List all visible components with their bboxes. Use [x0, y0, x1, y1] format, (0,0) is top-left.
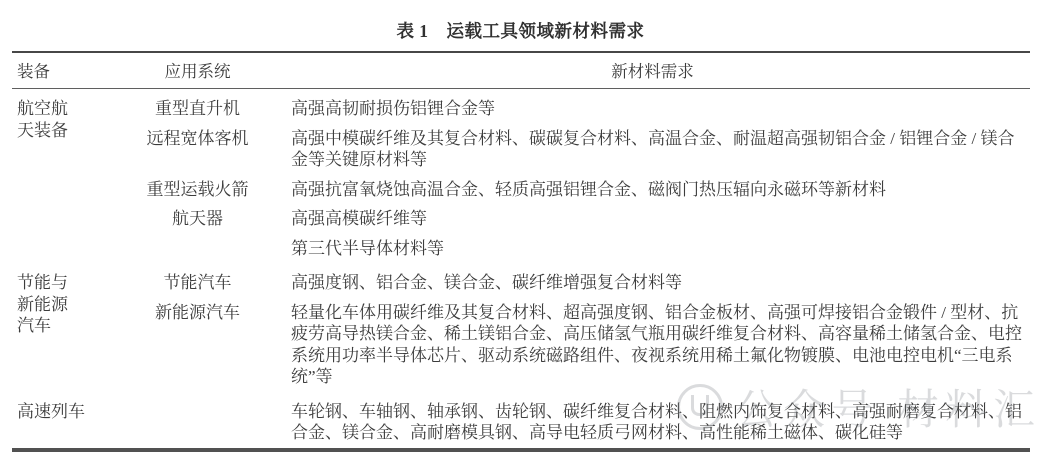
header-row: 装备 应用系统 新材料需求: [12, 52, 1030, 89]
table-header: 装备 应用系统 新材料需求: [12, 52, 1030, 89]
table-body: 航空航 天装备 重型直升机 高强高韧耐损伤铝锂合金等 远程宽体客机 高强中模碳纤…: [12, 89, 1030, 450]
system-cell: 航天器: [120, 204, 275, 234]
materials-table: 装备 应用系统 新材料需求 航空航 天装备 重型直升机 高强高韧耐损伤铝锂合金等…: [12, 51, 1030, 452]
table-row: 航空航 天装备 重型直升机 高强高韧耐损伤铝锂合金等: [12, 89, 1030, 124]
equipment-label: 节能与: [17, 272, 120, 294]
equipment-cell-new-energy-vehicles: 节能与 新能源 汽车: [12, 263, 120, 392]
table-row: 高速列车 车轮钢、车轴钢、轴承钢、齿轮钢、碳纤维复合材料、阻燃内饰复合材料、高强…: [12, 392, 1030, 450]
equipment-cell-high-speed-train: 高速列车: [12, 392, 120, 450]
table-row: 节能与 新能源 汽车 节能汽车 高强度钢、铝合金、镁合金、碳纤维增强复合材料等: [12, 263, 1030, 298]
materials-cell: 高强度钢、铝合金、镁合金、碳纤维增强复合材料等: [275, 263, 1030, 298]
materials-cell: 高强高韧耐损伤铝锂合金等: [275, 89, 1030, 124]
materials-cell: 高强高模碳纤维等: [275, 204, 1030, 234]
system-cell: 新能源汽车: [120, 298, 275, 392]
materials-cell: 车轮钢、车轴钢、轴承钢、齿轮钢、碳纤维复合材料、阻燃内饰复合材料、高强耐磨复合材…: [275, 392, 1030, 450]
system-cell: [120, 234, 275, 264]
equipment-label: 高速列车: [17, 401, 120, 423]
system-cell: 重型直升机: [120, 89, 275, 124]
system-cell: 远程宽体客机: [120, 124, 275, 175]
table-title: 表 1 运载工具领域新材料需求: [0, 0, 1041, 51]
header-equipment: 装备: [12, 52, 120, 89]
header-system: 应用系统: [120, 52, 275, 89]
table-row: 第三代半导体材料等: [12, 234, 1030, 264]
equipment-label: 航空航: [17, 98, 120, 120]
equipment-label: 汽车: [17, 315, 120, 337]
equipment-cell-aerospace: 航空航 天装备: [12, 89, 120, 264]
equipment-label: 天装备: [17, 120, 120, 142]
system-cell: 重型运载火箭: [120, 175, 275, 205]
equipment-label: 新能源: [17, 294, 120, 316]
system-cell: 节能汽车: [120, 263, 275, 298]
header-materials: 新材料需求: [275, 52, 1030, 89]
materials-cell: 高强抗富氧烧蚀高温合金、轻质高强铝锂合金、磁阀门热压辐向永磁环等新材料: [275, 175, 1030, 205]
materials-cell: 轻量化车体用碳纤维及其复合材料、超高强度钢、铝合金板材、高强可焊接铝合金锻件 /…: [275, 298, 1030, 392]
document-page: 表 1 运载工具领域新材料需求 装备 应用系统 新材料需求 航空航 天装备 重型…: [0, 0, 1041, 453]
materials-cell: 高强中模碳纤维及其复合材料、碳碳复合材料、高温合金、耐温超高强韧铝合金 / 铝锂…: [275, 124, 1030, 175]
table-row: 重型运载火箭 高强抗富氧烧蚀高温合金、轻质高强铝锂合金、磁阀门热压辐向永磁环等新…: [12, 175, 1030, 205]
table-row: 远程宽体客机 高强中模碳纤维及其复合材料、碳碳复合材料、高温合金、耐温超高强韧铝…: [12, 124, 1030, 175]
table-row: 新能源汽车 轻量化车体用碳纤维及其复合材料、超高强度钢、铝合金板材、高强可焊接铝…: [12, 298, 1030, 392]
table-row: 航天器 高强高模碳纤维等: [12, 204, 1030, 234]
system-cell: [120, 392, 275, 450]
materials-cell: 第三代半导体材料等: [275, 234, 1030, 264]
